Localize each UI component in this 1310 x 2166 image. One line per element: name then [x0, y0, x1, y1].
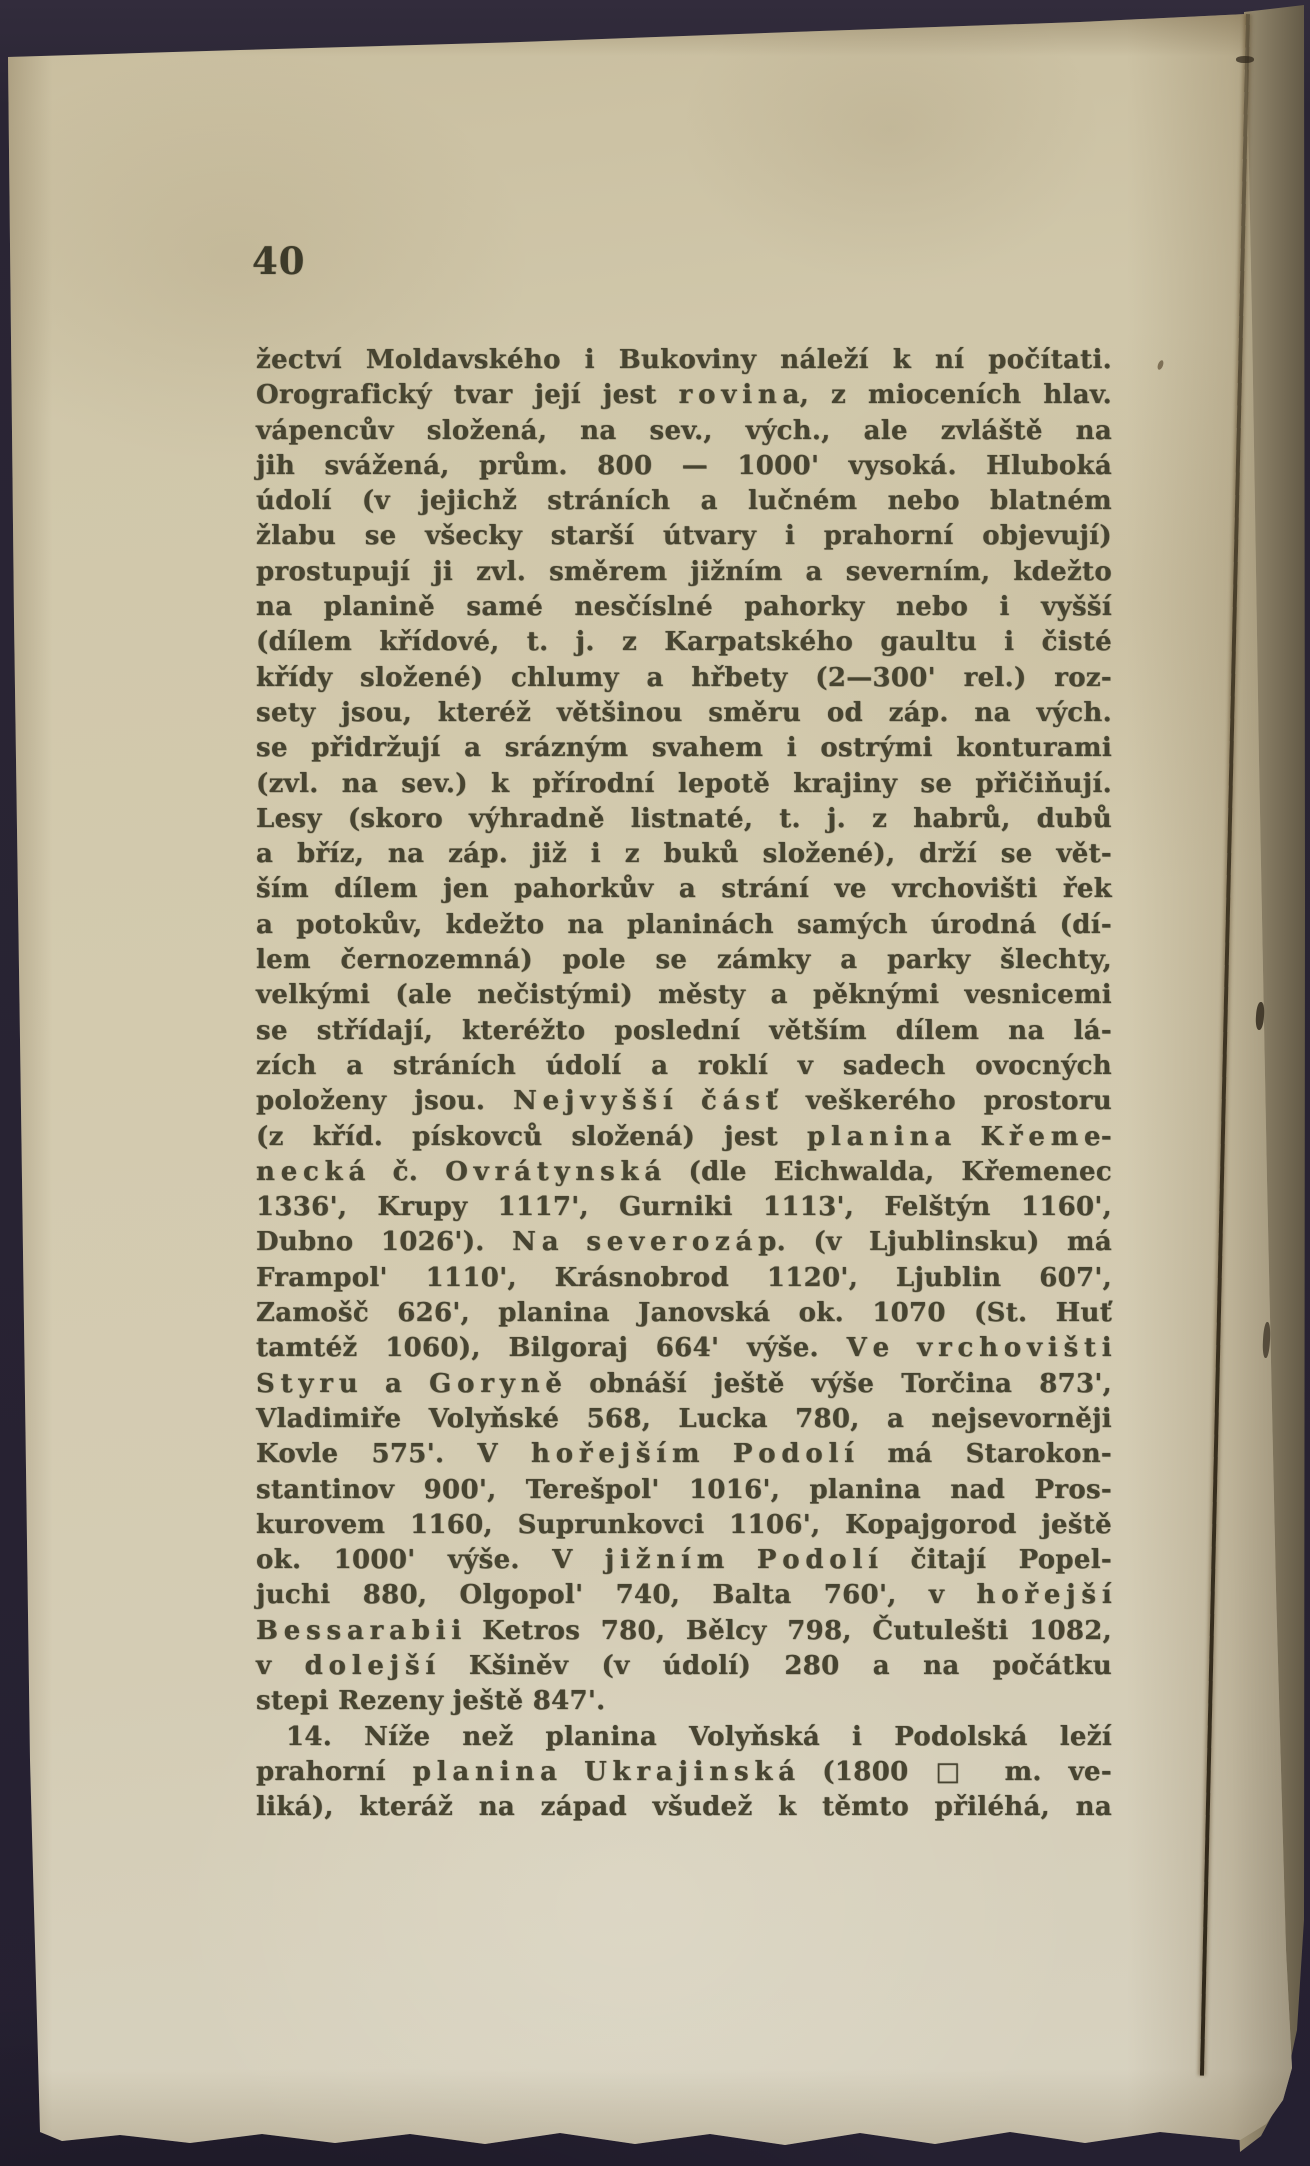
- text-line: kurovem 1160, Suprunkovci 1106', Kopajgo…: [256, 1508, 1112, 1543]
- text-line: (dílem křídové, t. j. z Karpatského gaul…: [256, 625, 1112, 660]
- text-line: a bříz, na záp. již i z buků složené), d…: [256, 837, 1112, 872]
- text-line: B e s s a r a b i i Ketros 780, Bělcy 79…: [256, 1614, 1112, 1649]
- smudge-mark: [1236, 56, 1254, 63]
- text-line: na planině samé nesčíslné pahorky nebo i…: [256, 590, 1112, 625]
- text-line: juchi 880, Olgopol' 740, Balta 760', v h…: [256, 1578, 1112, 1613]
- text-line: Kovle 575'. V h o ř e j š í m P o d o l …: [256, 1437, 1112, 1472]
- text-line: Orografický tvar její jest r o v i n a, …: [256, 378, 1112, 413]
- text-line: Lesy (skoro výhradně listnaté, t. j. z h…: [256, 802, 1112, 837]
- text-line: Zamošč 626', planina Janovská ok. 1070 (…: [256, 1296, 1112, 1331]
- text-line: ok. 1000' výše. V j i ž n í m P o d o l …: [256, 1543, 1112, 1578]
- text-line: Frampol' 1110', Krásnobrod 1120', Ljubli…: [256, 1261, 1112, 1296]
- text-line: 1336', Krupy 1117', Gurniki 1113', Felšt…: [256, 1190, 1112, 1225]
- page-number: 40: [252, 243, 306, 280]
- text-line: Vladimiře Volyňské 568, Lucka 780, a nej…: [256, 1402, 1112, 1437]
- text-line: n e c k á č. O v r á t y n s k á (dle Ei…: [256, 1155, 1112, 1190]
- ink-speck: [1156, 359, 1164, 370]
- text-line: a potokův, kdežto na planinách samých úr…: [256, 908, 1112, 943]
- text-line: prahorní p l a n i n a U k r a j i n s k…: [256, 1755, 1112, 1790]
- text-line: se přidržují a srázným svahem i ostrými …: [256, 731, 1112, 766]
- text-line: vápencův složená, na sev., vých., ale zv…: [256, 414, 1112, 449]
- text-line: křídy složené) chlumy a hřbety (2—300' r…: [256, 661, 1112, 696]
- text-line: sety jsou, kteréž většinou směru od záp.…: [256, 696, 1112, 731]
- text-line: tamtéž 1060), Bilgoraj 664' výše. V e v …: [256, 1331, 1112, 1366]
- text-line: žectví Moldavského i Bukoviny náleží k n…: [256, 343, 1112, 378]
- text-line: S t y r u a G o r y n ě obnáší ještě výš…: [256, 1367, 1112, 1402]
- text-line: jih svážená, prům. 800 — 1000' vysoká. H…: [256, 449, 1112, 484]
- text-line: 14. Níže než planina Volyňská i Podolská…: [256, 1720, 1112, 1755]
- text-line: lem černozemná) pole se zámky a parky šl…: [256, 943, 1112, 978]
- text-line: (z kříd. pískovců složená) jest p l a n …: [256, 1120, 1112, 1155]
- text-line: velkými (ale nečistými) městy a pěknými …: [256, 978, 1112, 1013]
- text-line: žlabu se všecky starší útvary i prahorní…: [256, 519, 1112, 554]
- text-line: v d o l e j š í Kšiněv (v údolí) 280 a n…: [256, 1649, 1112, 1684]
- text-line: prostupují ji zvl. směrem jižním a sever…: [256, 555, 1112, 590]
- book-page: 40 žectví Moldavského i Bukoviny náleží …: [0, 0, 1310, 2166]
- scanned-book-photo: 40 žectví Moldavského i Bukoviny náleží …: [0, 0, 1310, 2166]
- text-line: stepi Rezeny ještě 847'.: [256, 1684, 1112, 1719]
- text-line: Dubno 1026'). N a s e v e r o z á p. (v …: [256, 1225, 1112, 1260]
- text-line: údolí (v jejichž stráních a lučném nebo …: [256, 484, 1112, 519]
- text-line: zích a stráních údolí a roklí v sadech o…: [256, 1049, 1112, 1084]
- text-line: ším dílem jen pahorkův a strání ve vrcho…: [256, 872, 1112, 907]
- text-line: liká), kteráž na západ všudež k těmto př…: [256, 1790, 1112, 1825]
- text-block: žectví Moldavského i Bukoviny náleží k n…: [256, 343, 1112, 1825]
- text-line: (zvl. na sev.) k přírodní lepotě krajiny…: [256, 767, 1112, 802]
- text-line: položeny jsou. N e j v y š š í č á s ť v…: [256, 1084, 1112, 1119]
- text-line: se střídají, kteréžto poslední větším dí…: [256, 1014, 1112, 1049]
- text-line: stantinov 900', Terešpol' 1016', planina…: [256, 1473, 1112, 1508]
